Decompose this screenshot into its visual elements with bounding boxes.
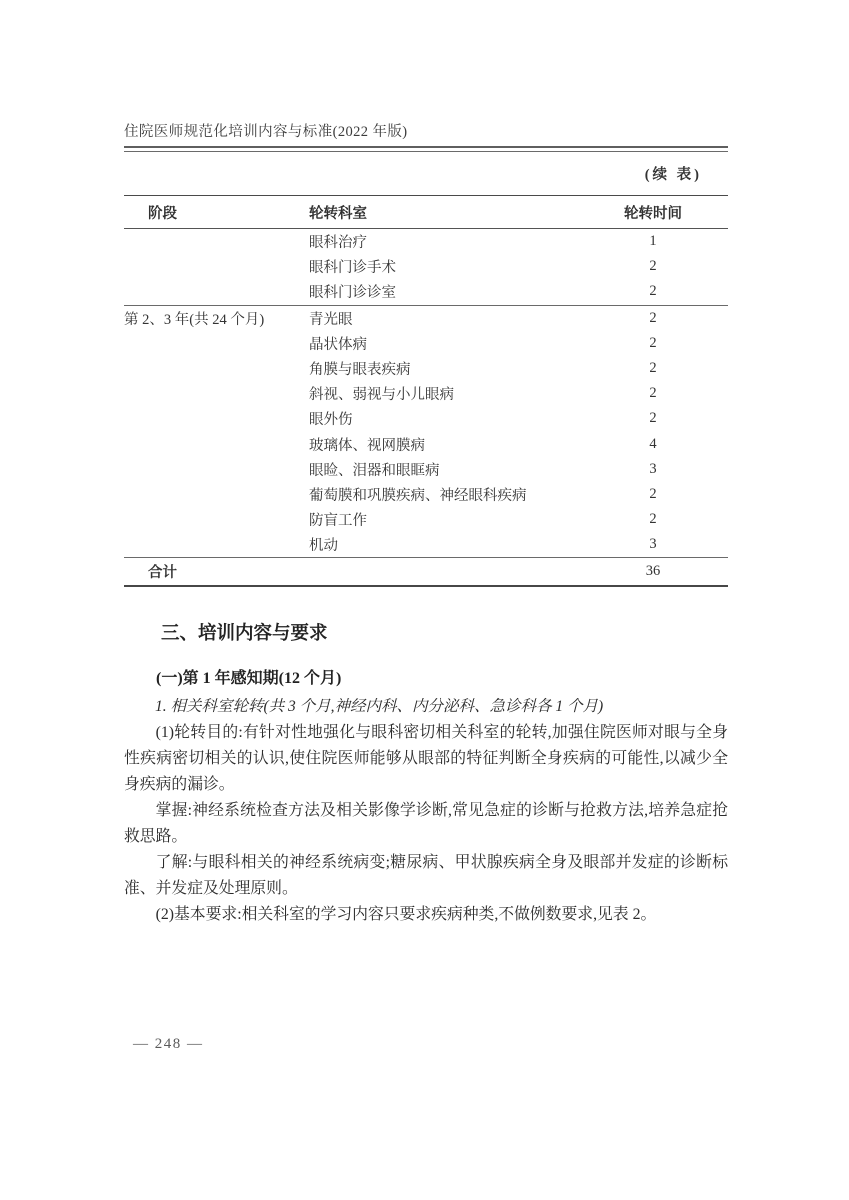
department-cell: 青光眼: [309, 308, 578, 329]
duration-cell: 2: [578, 410, 728, 427]
item-heading: 1. 相关科室轮转(共 3 个月,神经内科、内分泌科、急诊科各 1 个月): [124, 694, 728, 720]
duration-cell: 2: [578, 360, 728, 377]
running-header-title: 住院医师规范化培训内容与标准(2022 年版): [124, 120, 728, 141]
table-row: 葡萄膜和巩膜疾病、神经眼科疾病 2: [124, 482, 728, 507]
department-cell: 机动: [309, 534, 578, 555]
duration-cell: 2: [578, 283, 728, 300]
department-cell: 斜视、弱视与小儿眼病: [309, 383, 578, 404]
body-paragraph: 掌握:神经系统检查方法及相关影像学诊断,常见急症的诊断与抢救方法,培养急症抢救思…: [124, 798, 728, 850]
table-row: 角膜与眼表疾病 2: [124, 356, 728, 381]
table-row: 眼睑、泪器和眼眶病 3: [124, 457, 728, 482]
table-row: 第 2、3 年(共 24 个月) 青光眼 2: [124, 305, 728, 331]
duration-cell: 3: [578, 536, 728, 553]
rotation-schedule-table: 阶段 轮转科室 轮转时间 眼科治疗 1 眼科门诊手术 2 眼科门诊诊室 2 第 …: [124, 195, 728, 587]
department-cell: 眼科门诊诊室: [309, 281, 578, 302]
table-row: 眼科门诊诊室 2: [124, 279, 728, 304]
department-cell: 角膜与眼表疾病: [309, 358, 578, 379]
table-row: 机动 3: [124, 532, 728, 557]
duration-cell: 2: [578, 511, 728, 528]
table-row: 玻璃体、视网膜病 4: [124, 432, 728, 457]
column-header-stage: 阶段: [124, 202, 309, 223]
table-row: 眼科治疗 1: [124, 229, 728, 254]
page-content: (续 表) 阶段 轮转科室 轮转时间 眼科治疗 1 眼科门诊手术 2 眼科门诊诊…: [124, 157, 728, 928]
running-header: 住院医师规范化培训内容与标准(2022 年版): [124, 120, 728, 152]
table-continuation-note: (续 表): [124, 163, 728, 187]
header-double-rule: [124, 146, 728, 152]
department-cell: 晶状体病: [309, 333, 578, 354]
duration-cell: 3: [578, 461, 728, 478]
column-header-department: 轮转科室: [309, 202, 578, 223]
duration-cell: 2: [578, 335, 728, 352]
total-value: 36: [578, 563, 728, 580]
department-cell: 眼科治疗: [309, 231, 578, 252]
total-label: 合计: [124, 561, 309, 582]
duration-cell: 2: [578, 385, 728, 402]
department-cell: 葡萄膜和巩膜疾病、神经眼科疾病: [309, 484, 578, 505]
department-cell: 眼科门诊手术: [309, 256, 578, 277]
department-cell: 玻璃体、视网膜病: [309, 434, 578, 455]
table-header-row: 阶段 轮转科室 轮转时间: [124, 196, 728, 229]
duration-cell: 2: [578, 310, 728, 327]
stage-cell: 第 2、3 年(共 24 个月): [124, 308, 309, 329]
body-paragraph: (1)轮转目的:有针对性地强化与眼科密切相关科室的轮转,加强住院医师对眼与全身性…: [124, 720, 728, 798]
department-cell: 眼睑、泪器和眼眶病: [309, 459, 578, 480]
body-paragraph: 了解:与眼科相关的神经系统病变;糖尿病、甲状腺疾病全身及眼部并发症的诊断标准、并…: [124, 850, 728, 902]
department-cell: 眼外伤: [309, 408, 578, 429]
document-page: 住院医师规范化培训内容与标准(2022 年版) (续 表) 阶段 轮转科室 轮转…: [0, 0, 849, 1200]
column-header-duration: 轮转时间: [578, 202, 728, 223]
duration-cell: 2: [578, 486, 728, 503]
department-cell: 防盲工作: [309, 509, 578, 530]
table-row: 晶状体病 2: [124, 331, 728, 356]
subsection-heading: (一)第 1 年感知期(12 个月): [124, 665, 728, 688]
page-number: — 248 —: [133, 1036, 204, 1053]
table-row: 斜视、弱视与小儿眼病 2: [124, 381, 728, 406]
table-row: 防盲工作 2: [124, 507, 728, 532]
duration-cell: 1: [578, 233, 728, 250]
duration-cell: 4: [578, 436, 728, 453]
table-total-row: 合计 36: [124, 557, 728, 585]
table-row: 眼外伤 2: [124, 406, 728, 431]
section-heading: 三、培训内容与要求: [124, 619, 728, 645]
duration-cell: 2: [578, 258, 728, 275]
body-paragraph: (2)基本要求:相关科室的学习内容只要求疾病种类,不做例数要求,见表 2。: [124, 902, 728, 928]
table-row: 眼科门诊手术 2: [124, 254, 728, 279]
